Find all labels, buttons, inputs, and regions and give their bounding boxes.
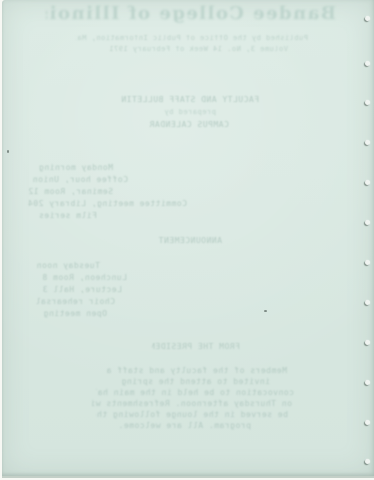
ghost-masthead: Bandee College of Illinois: [46, 4, 336, 24]
punch-hole: [365, 61, 370, 66]
ghost-subheader-line: Volume 3, No. 14 Week of February 1971: [96, 46, 288, 54]
punch-hole: [365, 16, 370, 21]
ghost-heading-line: FROM THE PRESIDENT: [152, 343, 240, 352]
ghost-paragraph-line: convocation to be held in the main hall: [96, 389, 294, 398]
punch-hole: [365, 220, 370, 225]
ghost-list-line: Luncheon, Room 8: [27, 274, 127, 283]
punch-hole: [365, 140, 370, 145]
punch-hole: [365, 300, 370, 305]
ghost-paragraph-line: program. All are welcome.: [115, 422, 251, 431]
ghost-subheader-line: Published by the Office of Public Inform…: [76, 35, 308, 43]
ghost-list-line: Coffee hour, Union: [27, 176, 128, 185]
ghost-title-line: FACULTY AND STAFF BULLETIN: [114, 96, 266, 105]
punch-hole: [365, 380, 370, 385]
ghost-heading-line: ANNOUNCEMENTS: [158, 237, 222, 246]
bleedthrough-layer: Bandee College of IllinoisPublished by t…: [2, 0, 374, 476]
paper-sheet: Bandee College of IllinoisPublished by t…: [2, 0, 374, 478]
punch-hole: [365, 100, 370, 105]
ghost-list-line: Open meeting: [27, 310, 107, 319]
ghost-list-line: Choir rehearsal: [27, 298, 115, 307]
ghost-paragraph-line: invited to attend the spring: [120, 378, 270, 387]
ghost-list-line: Tuesday noon: [27, 262, 100, 271]
scanned-page: Bandee College of IllinoisPublished by t…: [0, 0, 374, 480]
punch-hole: [365, 459, 370, 464]
ghost-list-line: Lecture, Hall 3: [27, 286, 122, 295]
punch-hole: [365, 340, 370, 345]
ghost-list-line: Monday morning: [27, 164, 113, 173]
ink-fleck: [7, 150, 9, 153]
ghost-title-line: CAMPUS CALENDAR: [134, 121, 244, 130]
ghost-list-line: Committee meeting, Library 204: [27, 200, 187, 209]
ghost-title-line: prepared by: [159, 109, 221, 117]
ghost-paragraph-line: on Thursday afternoon. Refreshments will: [92, 400, 292, 409]
ink-fleck: [264, 310, 267, 312]
ghost-list-line: Film series: [27, 212, 97, 221]
ghost-list-line: Seminar, Room 12: [27, 188, 113, 197]
punch-hole: [365, 180, 370, 185]
ghost-paragraph-line: be served in the lounge following the: [96, 411, 288, 420]
punch-hole: [365, 420, 370, 425]
ghost-paragraph-line: Members of the faculty and staff are: [105, 367, 287, 376]
punch-hole: [365, 260, 370, 265]
